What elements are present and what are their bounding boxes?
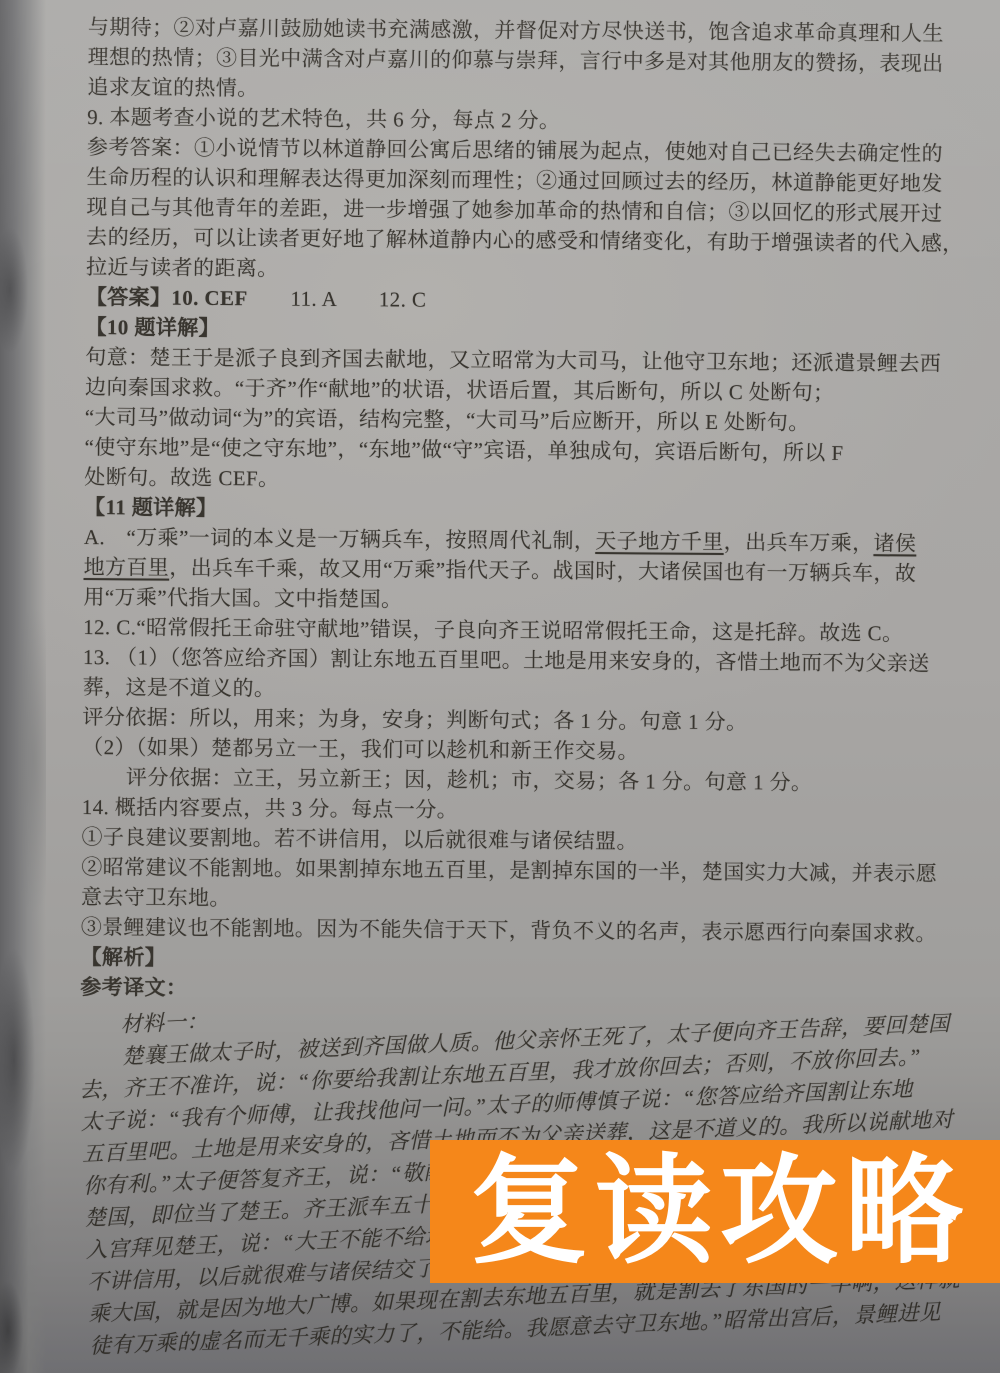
text-segment: 用“万乘”代指大国。文中指楚国。 <box>83 585 402 612</box>
text-segment: “大司马”做动词“为”的宾语，结构完整，“大司马”后应断开，所以 E 处断句。 <box>85 405 810 435</box>
text-segment: 生命历程的认识和理解表达得更加深刻而理性；②通过回顾过去的经历，林道静能更好地发 <box>87 165 943 196</box>
text-segment: 【10 题详解】 <box>85 315 220 340</box>
text-segment: （2）（如果）楚都另立一王，我们可以趁机和新王作交易。 <box>82 735 639 763</box>
text-segment: 11. A 12. C <box>248 286 427 311</box>
text-segment: 处断句。故选 CEF。 <box>84 465 279 491</box>
text-segment: 现自己与其他青年的差距，进一步增强了她参加革命的热情和自信；③以回忆的形式展开过 <box>86 195 942 226</box>
text-segment: 评分依据：立王，另立新王；因，趁机；市，交易；各 1 分。句意 1 分。 <box>126 765 813 794</box>
text-segment: 【答案】10. CEF <box>86 285 248 310</box>
text-segment: 理想的热情；③目光中满含对卢嘉川的仰慕与崇拜，言行中多是对其他朋友的赞扬，表现出 <box>88 45 944 76</box>
underlined-text: 天子地方千里 <box>595 529 724 554</box>
text-segment: 葬，这是不道义的。 <box>83 675 276 701</box>
underlined-text: 地方百里 <box>84 555 170 580</box>
text-segment: ②昭常建议不能割地。如果割掉东地五百里，是割掉东国的一半，楚国实力大减，并表示愿 <box>81 855 937 886</box>
text-segment: 与期待；②对卢嘉川鼓励她读书充满感激，并督促对方尽快送书，饱含追求革命真理和人生 <box>88 15 944 46</box>
text-segment: 参考答案：①小说情节以林道静回公寓后思绪的铺展为起点，使她对自己已经失去确定性的 <box>87 135 943 166</box>
text-segment: 句意：楚王于是派子良到齐国去献地，又立昭常为大司马，让他守卫东地；还派遣景鲤去西 <box>85 345 941 376</box>
text-segment: ③景鲤建议也不能割地。因为不能失信于天下，背负不义的名声，表示愿西行向秦国求救。 <box>81 915 937 946</box>
text-segment: “使守东地”是“使之守东地”，“东地”做“守”宾语，单独成句，宾语后断句，所以 … <box>84 435 843 465</box>
page-edge-shadow <box>0 0 46 1373</box>
text-segment: 追求友谊的热情。 <box>87 75 258 100</box>
scanned-answer-key-page: 与期待；②对卢嘉川鼓励她读书充满感激，并督促对方尽快送书，饱含追求革命真理和人生… <box>0 0 1000 1373</box>
text-segment: 9. 本题考查小说的艺术特色，共 6 分，每点 2 分。 <box>87 105 560 133</box>
answer-explanation-text: 与期待；②对卢嘉川鼓励她读书充满感激，并督促对方尽快送书，饱含追求革命真理和人生… <box>80 12 890 1008</box>
text-segment: 参考译文： <box>80 975 187 1000</box>
text-segment: 【解析】 <box>80 945 166 970</box>
watermark-banner-text: 复读攻略 <box>430 1153 970 1271</box>
text-segment: ，出兵车万乘， <box>724 530 874 555</box>
text-segment: 评分依据：所以，用来；为身，安身；判断句式；各 1 分。句意 1 分。 <box>82 705 747 734</box>
text-segment: ①子良建议要割地。若不讲信用，以后就很难与诸侯结盟。 <box>81 825 638 853</box>
text-segment: 意去守卫东地。 <box>81 885 231 910</box>
text-segment: 去的经历，可以让读者更好地了解林道静内心的感受和情绪变化，有助于增强读者的代入感… <box>86 225 964 256</box>
text-segment: 拉近与读者的距离。 <box>86 255 279 281</box>
text-segment: 12. C.“昭常假托王命驻守献地”错误，子良向齐王说昭常假托王命，这是托辞。故… <box>83 615 903 645</box>
text-segment: 【11 题详解】 <box>84 495 217 520</box>
text-segment: 边向秦国求救。“于齐”作“献地”的状语，状语后置，其后断句，所以 C 处断句； <box>85 375 835 405</box>
text-segment: 13. （1）（您答应给齐国）割让东地五百里吧。土地是用来安身的，吝惜土地而不为… <box>83 645 930 676</box>
text-segment: 14. 概括内容要点，共 3 分。每点一分。 <box>82 795 458 822</box>
text-segment: A. “万乘”一词的本义是一万辆兵车，按照周代礼制， <box>84 525 596 553</box>
text-line: ③景鲤建议也不能割地。因为不能失信于天下，背负不义的名声，表示愿西行向秦国求救。 <box>81 912 883 948</box>
text-segment: 材料一： <box>120 1009 208 1036</box>
watermark-banner: 复读攻略 <box>430 1140 1000 1283</box>
text-segment: ，出兵车千乘，故又用“万乘”指代天子。战国时，大诸侯国也有一万辆兵车，故 <box>169 556 916 586</box>
underlined-text: 诸侯 <box>873 531 916 555</box>
